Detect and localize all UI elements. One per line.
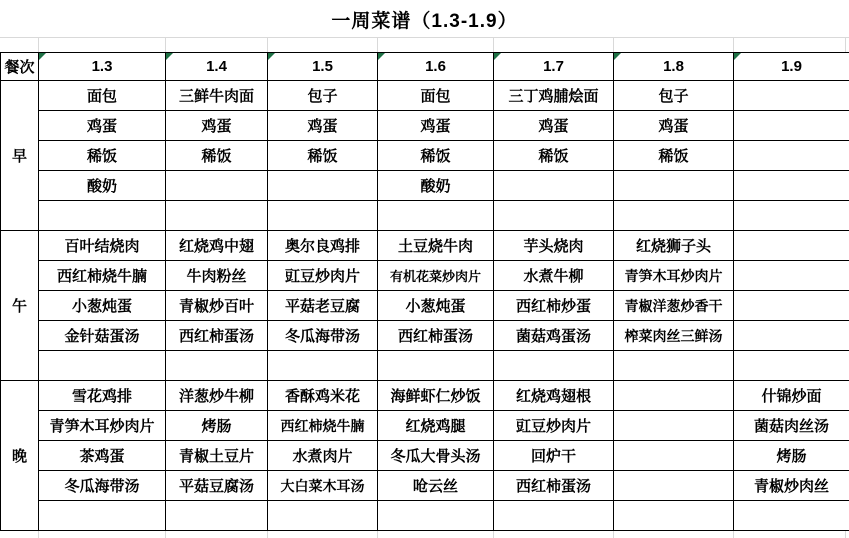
menu-cell-1.9-lunch-r3[interactable] <box>734 291 849 321</box>
sheet-gridline <box>613 531 614 538</box>
menu-cell-1.7-lunch-r2[interactable]: 水煮牛柳 <box>494 261 614 291</box>
section-label-breakfast[interactable]: 早 <box>1 81 39 231</box>
menu-cell-1.6-lunch-r5[interactable] <box>378 351 494 381</box>
error-triangle-icon <box>734 53 741 60</box>
menu-cell-1.4-lunch-r1[interactable]: 红烧鸡中翅 <box>166 231 268 261</box>
menu-cell-1.7-lunch-r5[interactable] <box>494 351 614 381</box>
menu-cell-1.5-breakfast-r4[interactable] <box>268 171 378 201</box>
menu-cell-1.3-dinner-r1[interactable]: 雪花鸡排 <box>39 381 166 411</box>
error-triangle-icon <box>378 53 385 60</box>
menu-cell-1.8-lunch-r1[interactable]: 红烧狮子头 <box>614 231 734 261</box>
spreadsheet-viewport: 一周菜谱（1.3-1.9） 餐次1.31.41.51.61.71.81.9早面包… <box>0 0 849 538</box>
menu-cell-1.7-breakfast-r2[interactable]: 鸡蛋 <box>494 111 614 141</box>
sheet-gridline <box>613 37 614 52</box>
date-header-label: 1.7 <box>543 58 564 75</box>
section-label-lunch[interactable]: 午 <box>1 231 39 381</box>
date-header-label: 1.6 <box>425 58 446 75</box>
menu-cell-1.3-lunch-r2[interactable]: 西红柿烧牛腩 <box>39 261 166 291</box>
menu-cell-1.8-lunch-r2[interactable]: 青笋木耳炒肉片 <box>614 261 734 291</box>
menu-cell-1.5-dinner-r1[interactable]: 香酥鸡米花 <box>268 381 378 411</box>
menu-cell-1.4-dinner-r5[interactable] <box>166 501 268 531</box>
menu-cell-1.9-lunch-r2[interactable] <box>734 261 849 291</box>
menu-cell-1.7-breakfast-r5[interactable] <box>494 201 614 231</box>
menu-cell-1.4-dinner-r3[interactable]: 青椒土豆片 <box>166 441 268 471</box>
menu-cell-1.9-lunch-r1[interactable] <box>734 231 849 261</box>
menu-cell-1.5-dinner-r5[interactable] <box>268 501 378 531</box>
menu-cell-1.3-lunch-r3[interactable]: 小葱炖蛋 <box>39 291 166 321</box>
menu-cell-1.6-lunch-r3[interactable]: 小葱炖蛋 <box>378 291 494 321</box>
menu-cell-1.9-breakfast-r2[interactable] <box>734 111 849 141</box>
menu-cell-1.4-breakfast-r2[interactable]: 鸡蛋 <box>166 111 268 141</box>
menu-cell-1.5-lunch-r3[interactable]: 平菇老豆腐 <box>268 291 378 321</box>
menu-cell-1.3-breakfast-r1[interactable]: 面包 <box>39 81 166 111</box>
menu-cell-1.3-breakfast-r2[interactable]: 鸡蛋 <box>39 111 166 141</box>
date-header-label: 1.5 <box>312 58 333 75</box>
menu-cell-1.4-lunch-r5[interactable] <box>166 351 268 381</box>
menu-cell-1.9-dinner-r1[interactable]: 什锦炒面 <box>734 381 849 411</box>
menu-cell-1.7-dinner-r2[interactable]: 豇豆炒肉片 <box>494 411 614 441</box>
menu-cell-1.8-lunch-r3[interactable]: 青椒洋葱炒香干 <box>614 291 734 321</box>
menu-cell-1.6-dinner-r4[interactable]: 呛云丝 <box>378 471 494 501</box>
menu-cell-1.7-breakfast-r1[interactable]: 三丁鸡脯烩面 <box>494 81 614 111</box>
menu-cell-1.5-breakfast-r2[interactable]: 鸡蛋 <box>268 111 378 141</box>
menu-cell-1.7-dinner-r4[interactable]: 西红柿蛋汤 <box>494 471 614 501</box>
sheet-gridline <box>845 531 846 538</box>
menu-cell-1.3-lunch-r1[interactable]: 百叶结烧肉 <box>39 231 166 261</box>
menu-cell-1.5-lunch-r4[interactable]: 冬瓜海带汤 <box>268 321 378 351</box>
date-header-1.7[interactable]: 1.7 <box>494 53 614 81</box>
sheet-gridline <box>165 531 166 538</box>
menu-cell-1.8-dinner-r3[interactable] <box>614 441 734 471</box>
date-header-1.3[interactable]: 1.3 <box>39 53 166 81</box>
date-header-1.9[interactable]: 1.9 <box>734 53 849 81</box>
sheet-gridline <box>267 37 268 52</box>
error-triangle-icon <box>494 53 501 60</box>
date-header-label: 1.3 <box>92 58 113 75</box>
menu-cell-1.6-breakfast-r4[interactable]: 酸奶 <box>378 171 494 201</box>
menu-cell-1.7-breakfast-r4[interactable] <box>494 171 614 201</box>
menu-cell-1.5-dinner-r3[interactable]: 水煮肉片 <box>268 441 378 471</box>
menu-cell-1.8-breakfast-r1[interactable]: 包子 <box>614 81 734 111</box>
menu-cell-1.9-dinner-r4[interactable]: 青椒炒肉丝 <box>734 471 849 501</box>
menu-cell-1.4-breakfast-r3[interactable]: 稀饭 <box>166 141 268 171</box>
menu-cell-1.8-breakfast-r5[interactable] <box>614 201 734 231</box>
menu-cell-1.8-lunch-r5[interactable] <box>614 351 734 381</box>
sheet-gridline <box>165 37 166 52</box>
menu-cell-1.7-breakfast-r3[interactable]: 稀饭 <box>494 141 614 171</box>
menu-cell-1.4-breakfast-r5[interactable] <box>166 201 268 231</box>
menu-cell-1.7-dinner-r1[interactable]: 红烧鸡翅根 <box>494 381 614 411</box>
menu-cell-1.5-lunch-r2[interactable]: 豇豆炒肉片 <box>268 261 378 291</box>
menu-cell-1.4-dinner-r2[interactable]: 烤肠 <box>166 411 268 441</box>
menu-cell-1.4-dinner-r1[interactable]: 洋葱炒牛柳 <box>166 381 268 411</box>
date-header-1.4[interactable]: 1.4 <box>166 53 268 81</box>
menu-cell-1.9-lunch-r5[interactable] <box>734 351 849 381</box>
menu-cell-1.9-breakfast-r3[interactable] <box>734 141 849 171</box>
menu-cell-1.9-dinner-r5[interactable] <box>734 501 849 531</box>
date-header-label: 1.8 <box>663 58 684 75</box>
menu-cell-1.3-dinner-r2[interactable]: 青笋木耳炒肉片 <box>39 411 166 441</box>
menu-cell-1.4-dinner-r4[interactable]: 平菇豆腐汤 <box>166 471 268 501</box>
date-header-label: 1.9 <box>781 58 802 75</box>
menu-cell-1.8-dinner-r1[interactable] <box>614 381 734 411</box>
menu-cell-1.6-dinner-r3[interactable]: 冬瓜大骨头汤 <box>378 441 494 471</box>
error-triangle-icon <box>166 53 173 60</box>
menu-cell-1.4-breakfast-r4[interactable] <box>166 171 268 201</box>
error-triangle-icon <box>614 53 621 60</box>
sheet-gridline <box>38 531 39 538</box>
menu-cell-1.8-breakfast-r2[interactable]: 鸡蛋 <box>614 111 734 141</box>
page-title: 一周菜谱（1.3-1.9） <box>0 6 849 33</box>
menu-cell-1.3-breakfast-r5[interactable] <box>39 201 166 231</box>
weekly-menu-table: 餐次1.31.41.51.61.71.81.9早面包三鲜牛肉面包子面包三丁鸡脯烩… <box>0 52 849 531</box>
menu-cell-1.9-dinner-r2[interactable]: 菌菇肉丝汤 <box>734 411 849 441</box>
menu-cell-1.6-breakfast-r2[interactable]: 鸡蛋 <box>378 111 494 141</box>
menu-cell-1.5-breakfast-r3[interactable]: 稀饭 <box>268 141 378 171</box>
menu-cell-1.7-dinner-r3[interactable]: 回炉干 <box>494 441 614 471</box>
menu-cell-1.6-breakfast-r1[interactable]: 面包 <box>378 81 494 111</box>
menu-cell-1.4-lunch-r2[interactable]: 牛肉粉丝 <box>166 261 268 291</box>
menu-cell-1.5-breakfast-r5[interactable] <box>268 201 378 231</box>
sheet-gridline <box>493 37 494 52</box>
menu-cell-1.4-breakfast-r1[interactable]: 三鲜牛肉面 <box>166 81 268 111</box>
menu-cell-1.3-lunch-r5[interactable] <box>39 351 166 381</box>
menu-cell-1.3-breakfast-r3[interactable]: 稀饭 <box>39 141 166 171</box>
menu-cell-1.4-lunch-r4[interactable]: 西红柿蛋汤 <box>166 321 268 351</box>
menu-cell-1.8-dinner-r2[interactable] <box>614 411 734 441</box>
menu-cell-1.7-lunch-r3[interactable]: 西红柿炒蛋 <box>494 291 614 321</box>
menu-cell-1.8-breakfast-r4[interactable] <box>614 171 734 201</box>
menu-cell-1.4-lunch-r3[interactable]: 青椒炒百叶 <box>166 291 268 321</box>
menu-cell-1.8-lunch-r4[interactable]: 榨菜肉丝三鲜汤 <box>614 321 734 351</box>
menu-cell-1.8-dinner-r5[interactable] <box>614 501 734 531</box>
sheet-gridline <box>377 37 378 52</box>
menu-cell-1.3-dinner-r4[interactable]: 冬瓜海带汤 <box>39 471 166 501</box>
menu-cell-1.8-breakfast-r3[interactable]: 稀饭 <box>614 141 734 171</box>
menu-cell-1.6-dinner-r1[interactable]: 海鲜虾仁炒饭 <box>378 381 494 411</box>
date-header-1.6[interactable]: 1.6 <box>378 53 494 81</box>
menu-cell-1.5-dinner-r2[interactable]: 西红柿烧牛腩 <box>268 411 378 441</box>
menu-cell-1.9-dinner-r3[interactable]: 烤肠 <box>734 441 849 471</box>
date-header-label: 1.4 <box>206 58 227 75</box>
menu-cell-1.3-lunch-r4[interactable]: 金针菇蛋汤 <box>39 321 166 351</box>
menu-cell-1.7-lunch-r4[interactable]: 菌菇鸡蛋汤 <box>494 321 614 351</box>
menu-cell-1.3-breakfast-r4[interactable]: 酸奶 <box>39 171 166 201</box>
menu-cell-1.5-dinner-r4[interactable]: 大白菜木耳汤 <box>268 471 378 501</box>
sheet-gridline <box>733 531 734 538</box>
sheet-gridline <box>493 531 494 538</box>
sheet-gridline <box>733 37 734 52</box>
date-header-1.8[interactable]: 1.8 <box>614 53 734 81</box>
menu-cell-1.6-breakfast-r5[interactable] <box>378 201 494 231</box>
menu-cell-1.6-lunch-r4[interactable]: 西红柿蛋汤 <box>378 321 494 351</box>
menu-cell-1.8-dinner-r4[interactable] <box>614 471 734 501</box>
corner-cell-meal-label[interactable]: 餐次 <box>1 53 39 81</box>
menu-cell-1.9-breakfast-r1[interactable] <box>734 81 849 111</box>
section-label-dinner[interactable]: 晚 <box>1 381 39 531</box>
menu-cell-1.6-lunch-r1[interactable]: 土豆烧牛肉 <box>378 231 494 261</box>
menu-cell-1.5-lunch-r1[interactable]: 奥尔良鸡排 <box>268 231 378 261</box>
menu-cell-1.6-lunch-r2[interactable]: 有机花菜炒肉片 <box>378 261 494 291</box>
menu-cell-1.6-dinner-r5[interactable] <box>378 501 494 531</box>
menu-cell-1.3-dinner-r5[interactable] <box>39 501 166 531</box>
menu-cell-1.9-lunch-r4[interactable] <box>734 321 849 351</box>
menu-cell-1.9-breakfast-r5[interactable] <box>734 201 849 231</box>
menu-cell-1.7-lunch-r1[interactable]: 芋头烧肉 <box>494 231 614 261</box>
menu-cell-1.5-lunch-r5[interactable] <box>268 351 378 381</box>
menu-cell-1.7-dinner-r5[interactable] <box>494 501 614 531</box>
menu-cell-1.9-breakfast-r4[interactable] <box>734 171 849 201</box>
error-triangle-icon <box>268 53 275 60</box>
menu-cell-1.6-dinner-r2[interactable]: 红烧鸡腿 <box>378 411 494 441</box>
menu-cell-1.6-breakfast-r3[interactable]: 稀饭 <box>378 141 494 171</box>
date-header-1.5[interactable]: 1.5 <box>268 53 378 81</box>
menu-cell-1.3-dinner-r3[interactable]: 茶鸡蛋 <box>39 441 166 471</box>
sheet-gridline <box>845 37 846 52</box>
error-triangle-icon <box>39 53 46 60</box>
sheet-gridline <box>267 531 268 538</box>
sheet-gridline <box>38 37 39 52</box>
menu-cell-1.5-breakfast-r1[interactable]: 包子 <box>268 81 378 111</box>
sheet-gridline <box>377 531 378 538</box>
